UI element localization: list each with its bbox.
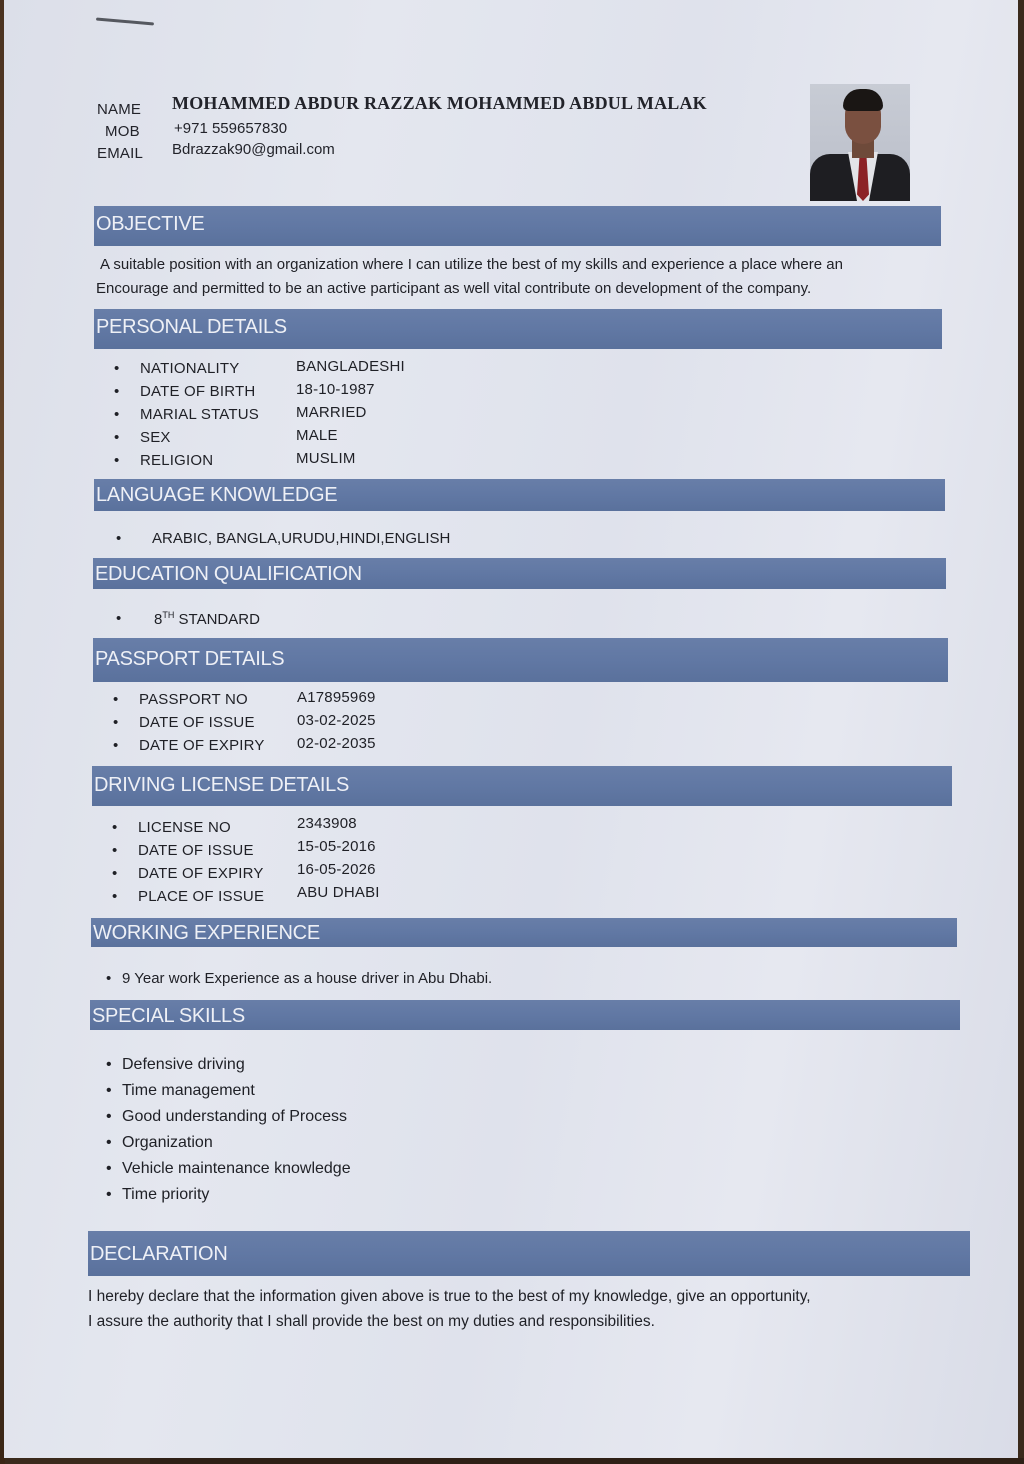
field-value: 02-02-2035 [297, 735, 376, 752]
field-label: PASSPORT NO [139, 691, 248, 708]
field-value: ABU DHABI [297, 884, 380, 901]
mobile-value: +971 559657830 [174, 120, 287, 137]
skill-value: Defensive driving [122, 1056, 245, 1074]
bullet-icon: • [116, 610, 121, 627]
bullet-icon: • [106, 1134, 112, 1152]
mobile-label: MOB [105, 123, 140, 140]
bullet-icon: • [116, 530, 121, 547]
field-label: RELIGION [140, 452, 213, 469]
field-value: 18-10-1987 [296, 381, 375, 398]
section-title-skills: SPECIAL SKILLS [92, 1005, 245, 1028]
section-bar-declaration: DECLARATION [88, 1231, 970, 1276]
field-value: 03-02-2025 [297, 712, 376, 729]
license-details-list: •LICENSE NO2343908 •DATE OF ISSUE15-05-2… [112, 819, 512, 911]
list-item: •PASSPORT NOA17895969 [113, 691, 513, 714]
section-title-license: DRIVING LICENSE DETAILS [94, 774, 349, 797]
field-value: A17895969 [297, 689, 376, 706]
section-title-education: EDUCATION QUALIFICATION [95, 563, 362, 586]
candidate-name: MOHAMMED ABDUR RAZZAK MOHAMMED ABDUL MAL… [172, 93, 707, 114]
list-item: •NATIONALITYBANGLADESHI [114, 360, 514, 383]
bullet-icon: • [112, 865, 117, 882]
section-title-experience: WORKING EXPERIENCE [93, 922, 320, 945]
profile-photo [810, 84, 910, 201]
field-value: MALE [296, 427, 338, 444]
section-bar-objective: OBJECTIVE [94, 206, 941, 246]
field-value: 2343908 [297, 815, 357, 832]
declaration-line-1: I hereby declare that the information gi… [88, 1285, 811, 1309]
list-item: •DATE OF EXPIRY02-02-2035 [113, 737, 513, 760]
experience-value: 9 Year work Experience as a house driver… [122, 970, 492, 987]
skill-value: Vehicle maintenance knowledge [122, 1160, 351, 1178]
skill-value: Time priority [122, 1186, 209, 1204]
section-title-objective: OBJECTIVE [96, 213, 204, 236]
bullet-icon: • [106, 1186, 112, 1204]
field-label: LICENSE NO [138, 819, 231, 836]
section-bar-skills: SPECIAL SKILLS [90, 1000, 960, 1030]
declaration-line-2: I assure the authority that I shall prov… [88, 1310, 655, 1334]
bullet-icon: • [106, 1056, 112, 1074]
skill-value: Good understanding of Process [122, 1108, 347, 1126]
list-item: •DATE OF ISSUE03-02-2025 [113, 714, 513, 737]
section-bar-license: DRIVING LICENSE DETAILS [92, 766, 952, 806]
list-item: •SEXMALE [114, 429, 514, 452]
field-value: MUSLIM [296, 450, 356, 467]
bullet-icon: • [114, 406, 119, 423]
bullet-icon: • [112, 842, 117, 859]
list-item: •MARIAL STATUSMARRIED [114, 406, 514, 429]
field-value: 15-05-2016 [297, 838, 376, 855]
field-label: NATIONALITY [140, 360, 239, 377]
section-title-personal: PERSONAL DETAILS [96, 316, 287, 339]
objective-line-1: A suitable position with an organization… [100, 253, 843, 277]
bullet-icon: • [112, 819, 117, 836]
bullet-icon: • [113, 737, 118, 754]
bullet-icon: • [114, 429, 119, 446]
section-bar-experience: WORKING EXPERIENCE [91, 918, 957, 947]
field-label: DATE OF EXPIRY [138, 865, 264, 882]
bullet-icon: • [114, 360, 119, 377]
section-title-declaration: DECLARATION [90, 1243, 227, 1266]
language-value: ARABIC, BANGLA,URUDU,HINDI,ENGLISH [152, 530, 450, 547]
backdrop-bottom [150, 1458, 1024, 1464]
passport-details-list: •PASSPORT NOA17895969 •DATE OF ISSUE03-0… [113, 691, 513, 760]
bullet-icon: • [114, 383, 119, 400]
grade-suffix: TH [162, 610, 174, 620]
section-title-passport: PASSPORT DETAILS [95, 648, 284, 671]
list-item: •RELIGIONMUSLIM [114, 452, 514, 475]
section-bar-passport: PASSPORT DETAILS [93, 638, 948, 682]
bullet-icon: • [106, 1108, 112, 1126]
bullet-icon: • [113, 714, 118, 731]
objective-line-2: Encourage and permitted to be an active … [96, 277, 811, 301]
bullet-icon: • [113, 691, 118, 708]
email-label: EMAIL [97, 145, 143, 162]
field-value: 16-05-2026 [297, 861, 376, 878]
list-item: •PLACE OF ISSUEABU DHABI [112, 888, 512, 911]
section-title-language: LANGUAGE KNOWLEDGE [96, 484, 337, 507]
email-value: Bdrazzak90@gmail.com [172, 141, 335, 158]
field-label: DATE OF ISSUE [139, 714, 255, 731]
bullet-icon: • [114, 452, 119, 469]
grade-level: STANDARD [174, 611, 260, 628]
field-label: MARIAL STATUS [140, 406, 259, 423]
field-label: SEX [140, 429, 171, 446]
skill-value: Organization [122, 1134, 213, 1152]
list-item: •DATE OF BIRTH18-10-1987 [114, 383, 514, 406]
field-label: PLACE OF ISSUE [138, 888, 264, 905]
name-label: NAME [97, 101, 141, 118]
personal-details-list: •NATIONALITYBANGLADESHI •DATE OF BIRTH18… [114, 360, 514, 475]
bullet-icon: • [106, 1082, 112, 1100]
field-value: MARRIED [296, 404, 367, 421]
bullet-icon: • [112, 888, 117, 905]
bullet-icon: • [106, 1160, 112, 1178]
field-value: BANGLADESHI [296, 358, 405, 375]
section-bar-language: LANGUAGE KNOWLEDGE [94, 479, 945, 511]
field-label: DATE OF BIRTH [140, 383, 255, 400]
section-bar-education: EDUCATION QUALIFICATION [93, 558, 946, 589]
skill-value: Time management [122, 1082, 255, 1100]
field-label: DATE OF ISSUE [138, 842, 254, 859]
bullet-icon: • [106, 970, 111, 987]
field-label: DATE OF EXPIRY [139, 737, 265, 754]
section-bar-personal: PERSONAL DETAILS [94, 309, 942, 349]
